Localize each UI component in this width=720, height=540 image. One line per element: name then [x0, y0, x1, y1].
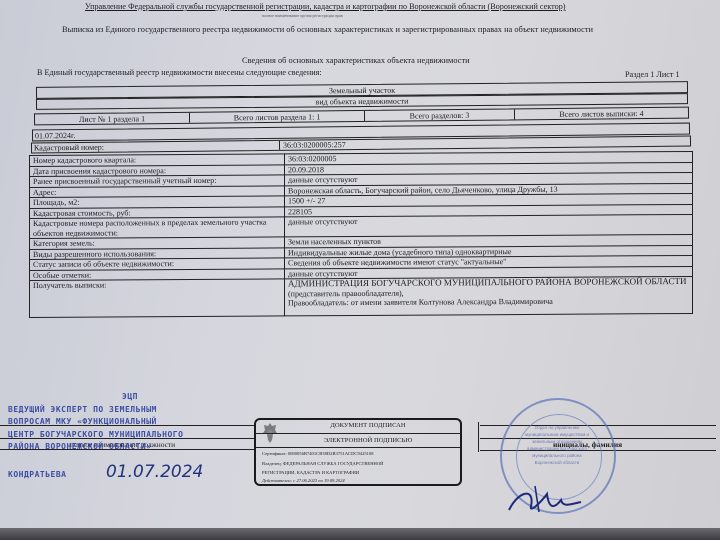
esig-owner: Владелец: ФЕДЕРАЛЬНАЯ СЛУЖБА ГОСУДАРСТВЕ… [262, 461, 384, 466]
esig-owner-cont: РЕГИСТРАЦИИ, КАДАСТРА И КАРТОГРАФИИ [262, 470, 359, 475]
organization-name: Управление Федеральной службы государств… [85, 2, 566, 11]
stamp-line: ВЕДУЩИЙ ЭКСПЕРТ ПО ЗЕМЕЛЬНЫМ [8, 405, 157, 414]
recipient-label: Получатель выписки: [30, 279, 285, 318]
handwritten-signature-icon [505, 480, 585, 520]
characteristics-table: Номер кадастрового квартала:36:03:020000… [29, 151, 693, 318]
extract-document: Управление Федеральной службы государств… [0, 0, 720, 540]
section-reference: Раздел 1 Лист 1 [625, 70, 680, 79]
stamp-ecp: ЭЦП [122, 392, 138, 401]
esig-subtitle: ЭЛЕКТРОННОЙ ПОДПИСЬЮ [256, 437, 460, 444]
cadastral-number-value: 36:03:0200005:257 [280, 137, 690, 150]
stamp-line: КОНДРАТЬЕВА [8, 470, 66, 479]
cadastral-number-label: Кадастровый номер: [32, 141, 280, 153]
row-label: Кадастровые номера расположенных в преде… [30, 217, 285, 239]
recipient-row: Получатель выписки: АДМИНИСТРАЦИЯ БОГУЧА… [30, 276, 693, 317]
stamp-line: ЦЕНТР БОГУЧАРСКОГО МУНИЦИПАЛЬНОГО [8, 430, 183, 439]
total-sheets-section: Всего листов раздела 1: 1 [190, 111, 365, 123]
esig-divider [256, 433, 460, 434]
page-edge-shadow [0, 528, 720, 540]
electronic-signature-box: ДОКУМЕНТ ПОДПИСАН ЭЛЕКТРОННОЙ ПОДПИСЬЮ С… [254, 418, 462, 486]
section-title: Сведения об основных характеристиках объ… [242, 56, 470, 65]
esig-divider [256, 447, 460, 448]
esig-validity: Действителен: с 27.06.2023 по 19.09.2024 [262, 478, 345, 483]
total-sections: Всего разделов: 3 [365, 109, 515, 121]
object-type-value: Земельный участок [329, 85, 395, 95]
esig-title: ДОКУМЕНТ ПОДПИСАН [256, 422, 460, 429]
organization-caption: полное наименование органа регистрации п… [262, 13, 343, 18]
initials-line-left [478, 422, 479, 452]
stamp-line: ВОПРОСАМ МКУ «ФУНКЦИОНАЛЬНЫЙ [8, 417, 157, 426]
recipient-value: АДМИНИСТРАЦИЯ БОГУЧАРСКОГО МУНИЦИПАЛЬНОГ… [285, 276, 693, 315]
row-value: данные отсутствуют [285, 214, 693, 236]
stamp-line: РАЙОНА ВОРОНЕЖСКОЙ ОБЛАСТИ» [8, 442, 152, 451]
sheet-number: Лист № 1 раздела 1 [35, 113, 190, 125]
recipient-owner: Правообладатель: от имени заявителя Колт… [288, 296, 689, 308]
handwritten-date: 01.07.2024 [106, 462, 203, 482]
document-title: Выписка из Единого государственного реес… [62, 25, 593, 34]
object-type-caption-text: вид объекта недвижимости [316, 97, 409, 107]
seal-text: Отдел по управлению муниципальным имущес… [524, 424, 590, 466]
extract-date-value: 01.07.2024г. [35, 130, 75, 139]
esig-certificate: Сертификат: 0080056B7401CB38D2B3751ACDC9… [262, 451, 374, 456]
intro-text: В Единый государственный реестр недвижим… [37, 68, 322, 77]
total-sheets-extract: Всего листов выписки: 4 [515, 108, 688, 120]
